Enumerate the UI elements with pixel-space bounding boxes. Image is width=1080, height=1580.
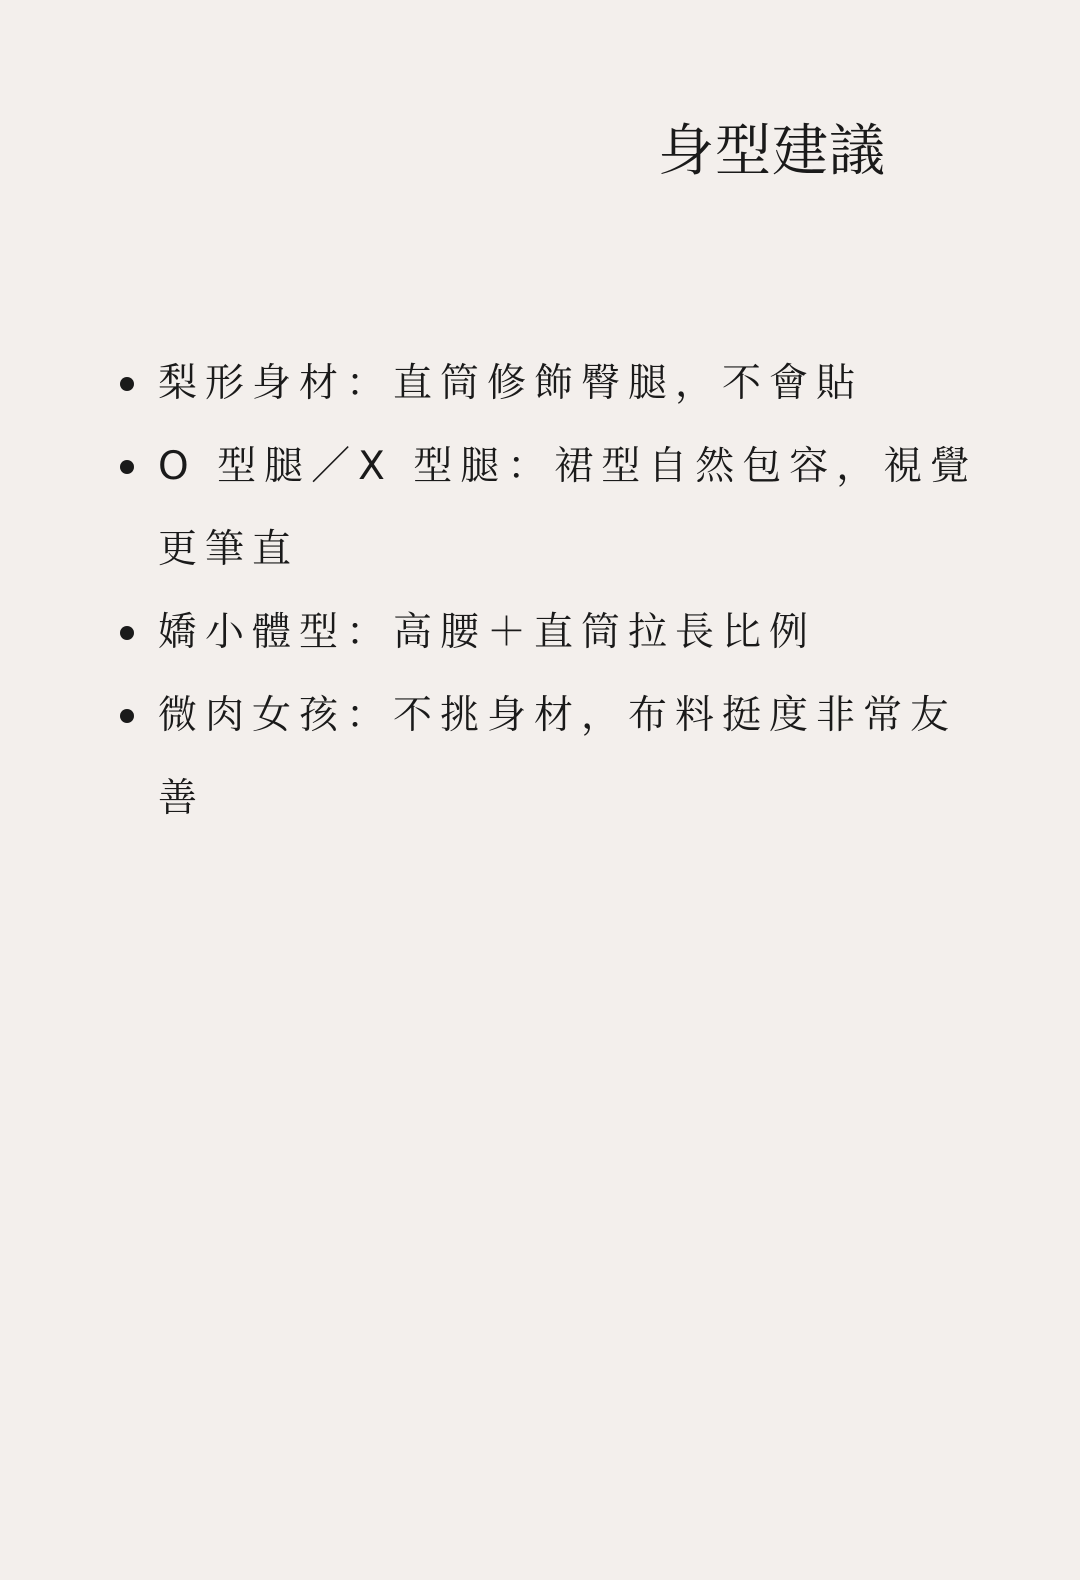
body-type-suggestion-list: 梨形身材：直筒修飾臀腿，不會貼 O 型腿／X 型腿：裙型自然包容，視覺更筆直 嬌… (120, 342, 1000, 840)
list-item-o-x-legs: O 型腿／X 型腿：裙型自然包容，視覺更筆直 (120, 425, 1000, 591)
bullet-dot-icon (120, 377, 134, 391)
list-item-curvy: 微肉女孩：不挑身材，布料挺度非常友善 (120, 674, 1000, 840)
list-item-text: 嬌小體型：高腰＋直筒拉長比例 (158, 610, 816, 655)
list-item-text: 梨形身材：直筒修飾臀腿，不會貼 (158, 361, 863, 406)
bullet-dot-icon (120, 626, 134, 640)
list-item-text: O 型腿／X 型腿：裙型自然包容，視覺更筆直 (158, 444, 977, 572)
bullet-dot-icon (120, 709, 134, 723)
section-title: 身型建議 (658, 112, 886, 192)
list-item-pear-shape: 梨形身材：直筒修飾臀腿，不會貼 (120, 342, 1000, 425)
list-item-petite: 嬌小體型：高腰＋直筒拉長比例 (120, 591, 1000, 674)
bullet-dot-icon (120, 460, 134, 474)
list-item-text: 微肉女孩：不挑身材，布料挺度非常友善 (158, 693, 957, 821)
